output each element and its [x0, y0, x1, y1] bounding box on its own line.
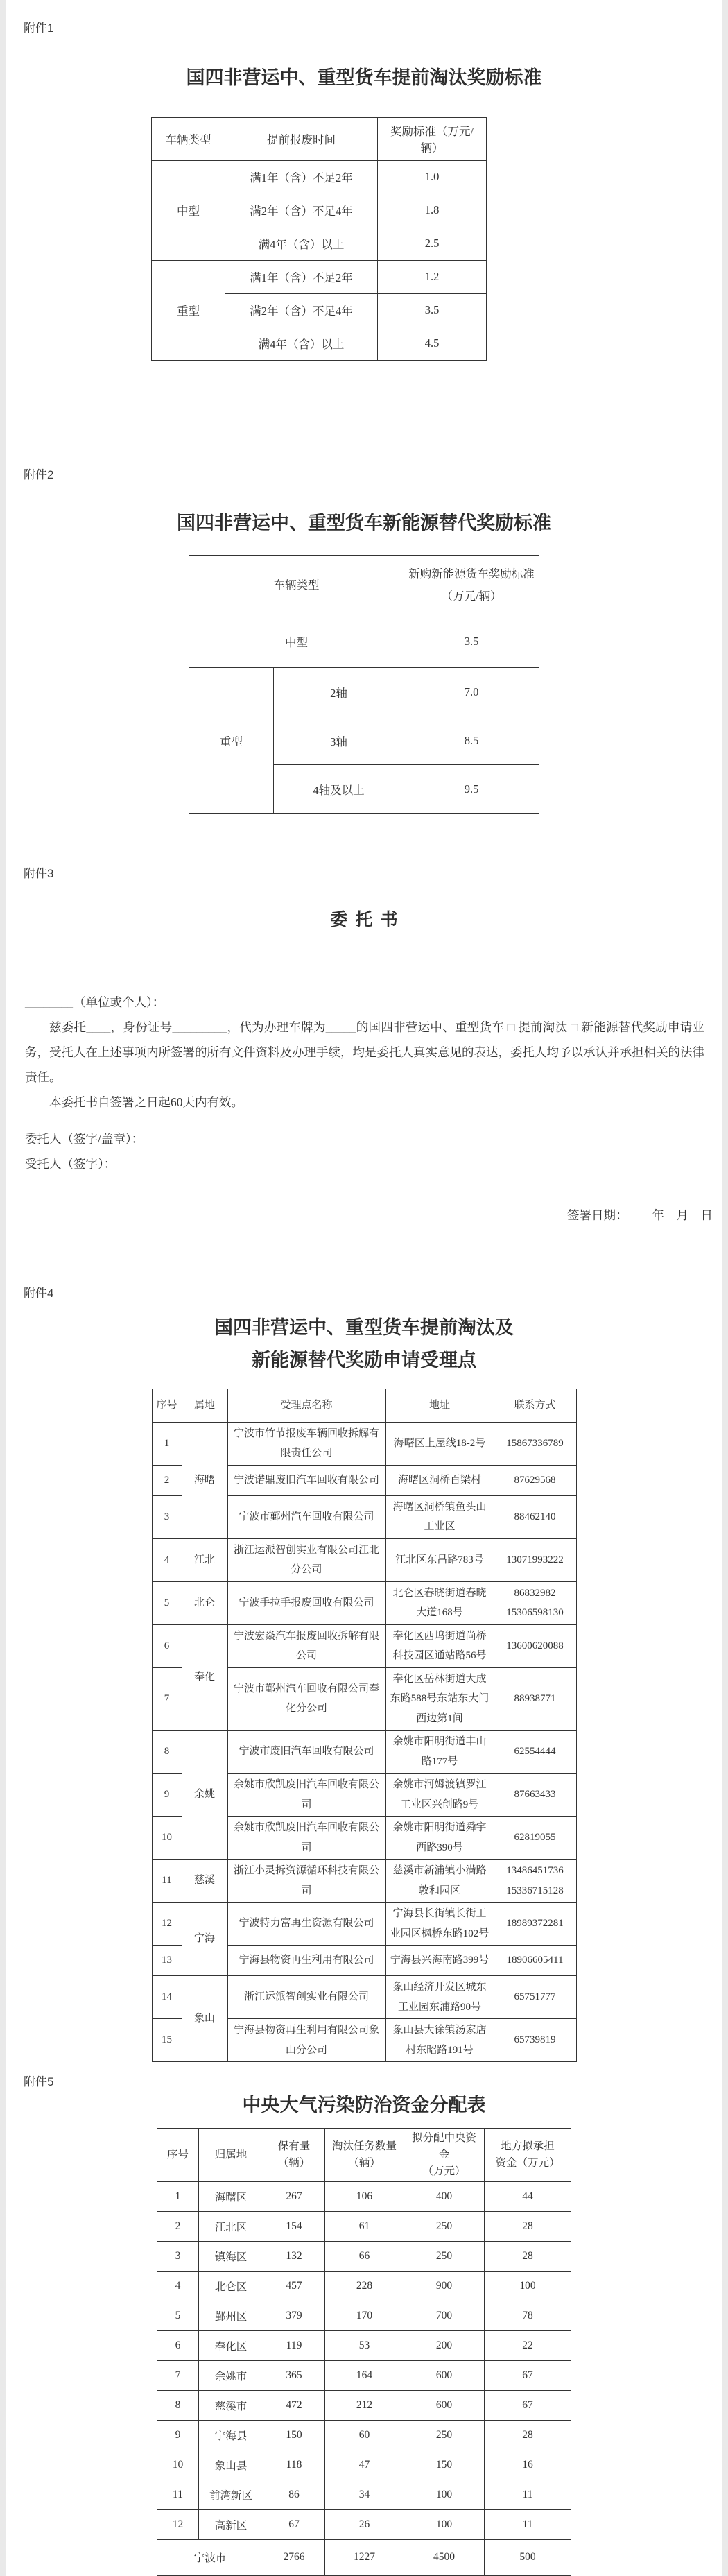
- name-cell: 浙江小灵拆资源循环科技有限公 司: [227, 1860, 385, 1903]
- addressee-line: ________（单位或个人）：: [25, 990, 704, 1015]
- table-row: 7 余姚市 365 164 600 67: [157, 2360, 571, 2390]
- vehicle-type-cell: 重型: [189, 668, 274, 814]
- local-fund-cell: 22: [485, 2330, 571, 2360]
- phone-cell: 18906605411: [494, 1946, 576, 1976]
- local-fund-cell: 67: [485, 2390, 571, 2420]
- local-fund-cell: 28: [485, 2420, 571, 2450]
- name-cell: 宁波手拉手报废回收有限公司: [227, 1581, 385, 1624]
- address-cell: 江北区东昌路783号: [385, 1538, 494, 1581]
- phone-cell: 65751777: [494, 1976, 576, 2019]
- seq-cell: 7: [152, 1667, 182, 1731]
- central-fund-cell: 900: [404, 2271, 485, 2301]
- fleet-cell: 267: [263, 2181, 325, 2211]
- table-row: 14 象山 浙江运派智创实业有限公司 象山经济开发区城东 工业园东浦路90号 6…: [152, 1976, 576, 2019]
- table-row: 8 慈溪市 472 212 600 67: [157, 2390, 571, 2420]
- fleet-cell: 457: [263, 2271, 325, 2301]
- vehicle-type-cell: 中型: [152, 160, 225, 260]
- quota-cell: 170: [325, 2301, 404, 2330]
- address-cell: 象山经济开发区城东 工业园东浦路90号: [385, 1976, 494, 2019]
- attachment-4-title-line1: 国四非营运中、重型货车提前淘汰及: [6, 1312, 722, 1344]
- seq-cell: 10: [152, 1817, 182, 1860]
- reward-cell: 8.5: [404, 716, 539, 765]
- address-cell: 北仑区春晓街道春晓 大道168号: [385, 1581, 494, 1624]
- name-cell: 宁海县物资再生利用有限公司象 山分公司: [227, 2019, 385, 2062]
- region-cell: 海曙: [182, 1422, 227, 1538]
- address-cell: 象山县大徐镇汤家店 村东昭路191号: [385, 2019, 494, 2062]
- address-cell: 宁海县长街镇长街工 业园区枫桥东路102号: [385, 1903, 494, 1946]
- local-fund-cell: 100: [485, 2271, 571, 2301]
- index-cell: 1: [157, 2181, 199, 2211]
- region-cell: 余姚: [182, 1731, 227, 1860]
- name-cell: 余姚市欣凯废旧汽车回收有限公 司: [227, 1817, 385, 1860]
- index-cell: 3: [157, 2241, 199, 2271]
- phone-cell: 62819055: [494, 1817, 576, 1860]
- attachment-4-title: 国四非营运中、重型货车提前淘汰及 新能源替代奖励申请受理点: [6, 1312, 722, 1377]
- scrap-time-cell: 满2年（含）不足4年: [225, 293, 378, 327]
- document-page: 附件1 国四非营运中、重型货车提前淘汰奖励标准 车辆类型 提前报废时间 奖励标准…: [6, 0, 722, 2576]
- reward-cell: 3.5: [378, 293, 487, 327]
- address-cell: 余姚市阳明街道丰山 路177号: [385, 1731, 494, 1774]
- reward-cell: 3.5: [404, 615, 539, 668]
- new-energy-reward-table: 车辆类型 新购新能源货车奖励标准 （万元/辆） 中型 3.5 重型 2轴 7.0…: [189, 555, 539, 814]
- quota-cell: 228: [325, 2271, 404, 2301]
- quota-cell: 26: [325, 2509, 404, 2539]
- table-row: 10 象山县 118 47 150 16: [157, 2450, 571, 2480]
- col-header-fleet-size: 保有量 （辆）: [263, 2128, 325, 2181]
- attachment-3-label: 附件3: [24, 864, 722, 881]
- seq-cell: 6: [152, 1624, 182, 1667]
- table-row: 5 北仑 宁波手拉手报废回收有限公司 北仑区春晓街道春晓 大道168号 8683…: [152, 1581, 576, 1624]
- axle-cell: 4轴及以上: [274, 765, 404, 814]
- table-row: 3 镇海区 132 66 250 28: [157, 2241, 571, 2271]
- central-fund-cell: 4500: [404, 2539, 485, 2575]
- region-cell: 象山: [182, 1976, 227, 2062]
- table-row: 11 前湾新区 86 34 100 11: [157, 2480, 571, 2509]
- seq-cell: 3: [152, 1495, 182, 1538]
- name-cell: 余姚市欣凯废旧汽车回收有限公 司: [227, 1774, 385, 1817]
- reward-cell: 2.5: [378, 227, 487, 260]
- phone-cell: 65739819: [494, 2019, 576, 2062]
- scrap-time-cell: 满2年（含）不足4年: [225, 194, 378, 227]
- central-fund-cell: 150: [404, 2450, 485, 2480]
- col-header-local-fund: 地方拟承担 资金（万元）: [485, 2128, 571, 2181]
- central-fund-cell: 250: [404, 2211, 485, 2241]
- col-header-vehicle-type: 车辆类型: [189, 556, 404, 615]
- index-cell: 8: [157, 2390, 199, 2420]
- client-sign-label: 委托人（签字/盖章）：: [25, 1126, 704, 1152]
- fleet-cell: 118: [263, 2450, 325, 2480]
- quota-cell: 47: [325, 2450, 404, 2480]
- district-cell: 象山县: [199, 2450, 263, 2480]
- table-header-row: 车辆类型 新购新能源货车奖励标准 （万元/辆）: [189, 556, 539, 615]
- quota-cell: 66: [325, 2241, 404, 2271]
- funds-allocation-table: 序号 归属地 保有量 （辆） 淘汰任务数量 （辆） 拟分配中央资金 （万元） 地…: [157, 2128, 571, 2576]
- table-header-row: 序号 属地 受理点名称 地址 联系方式: [152, 1389, 576, 1422]
- district-cell: 慈溪市: [199, 2390, 263, 2420]
- address-cell: 海曙区洞桥镇鱼头山 工业区: [385, 1495, 494, 1538]
- local-fund-cell: 67: [485, 2360, 571, 2390]
- table-row: 12 宁海 宁波特力富再生资源有限公司 宁海县长街镇长街工 业园区枫桥东路102…: [152, 1903, 576, 1946]
- address-cell: 奉化区岳林街道大成 东路588号东站东大门 西边第1间: [385, 1667, 494, 1731]
- vehicle-type-cell: 中型: [189, 615, 404, 668]
- seq-cell: 13: [152, 1946, 182, 1976]
- quota-cell: 164: [325, 2360, 404, 2390]
- local-fund-cell: 11: [485, 2509, 571, 2539]
- attachment-2-label: 附件2: [24, 465, 722, 482]
- index-cell: 2: [157, 2211, 199, 2241]
- name-cell: 宁波市鄞州汽车回收有限公司奉 化分公司: [227, 1667, 385, 1731]
- seq-cell: 2: [152, 1465, 182, 1495]
- attachment-1-section: 附件1 国四非营运中、重型货车提前淘汰奖励标准 车辆类型 提前报废时间 奖励标准…: [6, 18, 722, 361]
- local-fund-cell: 28: [485, 2241, 571, 2271]
- central-fund-cell: 400: [404, 2181, 485, 2211]
- attachment-4-label: 附件4: [24, 1283, 722, 1300]
- table-total-row: 宁波市 2766 1227 4500 500: [157, 2539, 571, 2575]
- table-header-row: 车辆类型 提前报废时间 奖励标准（万元/辆）: [152, 117, 487, 160]
- district-cell: 海曙区: [199, 2181, 263, 2211]
- attachment-5-title: 中央大气污染防治资金分配表: [6, 2093, 722, 2118]
- name-cell: 宁海县物资再生利用有限公司: [227, 1946, 385, 1976]
- address-cell: 余姚市河姆渡镇罗江 工业区兴创路9号: [385, 1774, 494, 1817]
- table-row: 12 高新区 67 26 100 11: [157, 2509, 571, 2539]
- signature-block: 委托人（签字/盖章）： 受托人（签字）：: [25, 1126, 704, 1178]
- district-cell: 镇海区: [199, 2241, 263, 2271]
- address-cell: 慈溪市新浦镇小满路 敦和园区: [385, 1860, 494, 1903]
- phone-cell: 13071993222: [494, 1538, 576, 1581]
- central-fund-cell: 100: [404, 2509, 485, 2539]
- phone-cell: 62554444: [494, 1731, 576, 1774]
- phone-cell: 88938771: [494, 1667, 576, 1731]
- reward-cell: 1.0: [378, 160, 487, 194]
- local-fund-cell: 78: [485, 2301, 571, 2330]
- index-cell: 11: [157, 2480, 199, 2509]
- col-header-region: 属地: [182, 1389, 227, 1422]
- district-cell: 宁海县: [199, 2420, 263, 2450]
- district-cell: 前湾新区: [199, 2480, 263, 2509]
- sign-date-line: 签署日期： 年 月 日: [6, 1206, 713, 1223]
- seq-cell: 5: [152, 1581, 182, 1624]
- quota-cell: 1227: [325, 2539, 404, 2575]
- reward-cell: 9.5: [404, 765, 539, 814]
- col-header-central-fund: 拟分配中央资金 （万元）: [404, 2128, 485, 2181]
- entrust-paragraph: 兹委托____，身份证号_________，代为办理车牌为_____的国四非营运…: [25, 1015, 704, 1090]
- seq-cell: 12: [152, 1903, 182, 1946]
- table-row: 重型 2轴 7.0: [189, 668, 539, 716]
- table-row: 8 余姚 宁波市废旧汽车回收有限公司 余姚市阳明街道丰山 路177号 62554…: [152, 1731, 576, 1774]
- phone-cell: 15867336789: [494, 1422, 576, 1465]
- seq-cell: 11: [152, 1860, 182, 1903]
- fleet-cell: 379: [263, 2301, 325, 2330]
- central-fund-cell: 700: [404, 2301, 485, 2330]
- central-fund-cell: 250: [404, 2420, 485, 2450]
- table-row: 6 奉化区 119 53 200 22: [157, 2330, 571, 2360]
- reward-cell: 7.0: [404, 668, 539, 716]
- fleet-cell: 2766: [263, 2539, 325, 2575]
- name-cell: 宁波宏焱汽车报废回收拆解有限 公司: [227, 1624, 385, 1667]
- region-cell: 北仑: [182, 1581, 227, 1624]
- attachment-2-title: 国四非营运中、重型货车新能源替代奖励标准: [6, 511, 722, 536]
- phone-cell: 88462140: [494, 1495, 576, 1538]
- name-cell: 宁波市废旧汽车回收有限公司: [227, 1731, 385, 1774]
- col-header-district: 归属地: [199, 2128, 263, 2181]
- quota-cell: 106: [325, 2181, 404, 2211]
- phone-cell: 87663433: [494, 1774, 576, 1817]
- table-row: 4 江北 浙江运派智创实业有限公司江北 分公司 江北区东昌路783号 13071…: [152, 1538, 576, 1581]
- index-cell: 9: [157, 2420, 199, 2450]
- agent-sign-label: 受托人（签字）：: [25, 1151, 704, 1177]
- central-fund-cell: 100: [404, 2480, 485, 2509]
- region-cell: 宁海: [182, 1903, 227, 1976]
- address-cell: 余姚市阳明街道舜宇 西路390号: [385, 1817, 494, 1860]
- table-row: 1 海曙 宁波市竹节报废车辆回收拆解有限责任公司 海曙区上屋线18-2号 158…: [152, 1422, 576, 1465]
- index-cell: 10: [157, 2450, 199, 2480]
- col-header-new-energy-reward: 新购新能源货车奖励标准 （万元/辆）: [404, 556, 539, 615]
- district-cell: 奉化区: [199, 2330, 263, 2360]
- central-fund-cell: 600: [404, 2360, 485, 2390]
- phone-cell: 87629568: [494, 1465, 576, 1495]
- table-row: 11 慈溪 浙江小灵拆资源循环科技有限公 司 慈溪市新浦镇小满路 敦和园区 13…: [152, 1860, 576, 1903]
- seq-cell: 15: [152, 2019, 182, 2062]
- index-cell: 12: [157, 2509, 199, 2539]
- power-of-attorney-title: 委托书: [6, 906, 722, 931]
- fleet-cell: 472: [263, 2390, 325, 2420]
- col-header-no: 序号: [152, 1389, 182, 1422]
- fleet-cell: 132: [263, 2241, 325, 2271]
- region-cell: 江北: [182, 1538, 227, 1581]
- local-fund-cell: 28: [485, 2211, 571, 2241]
- fleet-cell: 86: [263, 2480, 325, 2509]
- name-cell: 宁波市竹节报废车辆回收拆解有限责任公司: [227, 1422, 385, 1465]
- local-fund-cell: 44: [485, 2181, 571, 2211]
- reward-cell: 4.5: [378, 327, 487, 360]
- local-fund-cell: 16: [485, 2450, 571, 2480]
- district-cell: 余姚市: [199, 2360, 263, 2390]
- quota-cell: 212: [325, 2390, 404, 2420]
- retirement-reward-table: 车辆类型 提前报废时间 奖励标准（万元/辆） 中型 满1年（含）不足2年 1.0…: [151, 117, 487, 361]
- address-cell: 奉化区西坞街道尚桥 科技园区通站路56号: [385, 1624, 494, 1667]
- col-header-contact: 联系方式: [494, 1389, 576, 1422]
- table-row: 4 北仑区 457 228 900 100: [157, 2271, 571, 2301]
- table-row: 1 海曙区 267 106 400 44: [157, 2181, 571, 2211]
- phone-cell: 13600620088: [494, 1624, 576, 1667]
- central-fund-cell: 250: [404, 2241, 485, 2271]
- table-row: 中型 3.5: [189, 615, 539, 668]
- attachment-4-title-line2: 新能源替代奖励申请受理点: [6, 1344, 722, 1377]
- col-header-point-name: 受理点名称: [227, 1389, 385, 1422]
- seq-cell: 1: [152, 1422, 182, 1465]
- vehicle-type-cell: 重型: [152, 260, 225, 360]
- local-fund-cell: 500: [485, 2539, 571, 2575]
- seq-cell: 8: [152, 1731, 182, 1774]
- index-cell: 7: [157, 2360, 199, 2390]
- local-fund-cell: 11: [485, 2480, 571, 2509]
- seq-cell: 9: [152, 1774, 182, 1817]
- quota-cell: 60: [325, 2420, 404, 2450]
- col-header-no: 序号: [157, 2128, 199, 2181]
- table-header-row: 序号 归属地 保有量 （辆） 淘汰任务数量 （辆） 拟分配中央资金 （万元） 地…: [157, 2128, 571, 2181]
- index-cell: 6: [157, 2330, 199, 2360]
- scrap-time-cell: 满1年（含）不足2年: [225, 260, 378, 293]
- phone-cell: 86832982 15306598130: [494, 1581, 576, 1624]
- fleet-cell: 365: [263, 2360, 325, 2390]
- attachment-5-section: 附件5 中央大气污染防治资金分配表 序号 归属地 保有量 （辆） 淘汰任务数量 …: [6, 2072, 722, 2576]
- quota-cell: 34: [325, 2480, 404, 2509]
- district-cell: 北仑区: [199, 2271, 263, 2301]
- phone-cell: 18989372281: [494, 1903, 576, 1946]
- district-cell: 鄞州区: [199, 2301, 263, 2330]
- name-cell: 宁波诺鼎废旧汽车回收有限公司: [227, 1465, 385, 1495]
- col-header-address: 地址: [385, 1389, 494, 1422]
- fleet-cell: 67: [263, 2509, 325, 2539]
- reward-cell: 1.2: [378, 260, 487, 293]
- table-row: 2 江北区 154 61 250 28: [157, 2211, 571, 2241]
- table-row: 中型 满1年（含）不足2年 1.0: [152, 160, 487, 194]
- attachment-1-label: 附件1: [24, 18, 722, 35]
- table-row: 6 奉化 宁波宏焱汽车报废回收拆解有限 公司 奉化区西坞街道尚桥 科技园区通站路…: [152, 1624, 576, 1667]
- district-cell: 江北区: [199, 2211, 263, 2241]
- region-cell: 奉化: [182, 1624, 227, 1731]
- name-cell: 浙江运派智创实业有限公司江北 分公司: [227, 1538, 385, 1581]
- seq-cell: 14: [152, 1976, 182, 2019]
- address-cell: 宁海县兴海南路399号: [385, 1946, 494, 1976]
- phone-cell: 13486451736 15336715128: [494, 1860, 576, 1903]
- scrap-time-cell: 满4年（含）以上: [225, 227, 378, 260]
- address-cell: 海曙区洞桥百梁村: [385, 1465, 494, 1495]
- axle-cell: 3轴: [274, 716, 404, 765]
- total-label-cell: 宁波市: [157, 2539, 263, 2575]
- index-cell: 4: [157, 2271, 199, 2301]
- scrap-time-cell: 满4年（含）以上: [225, 327, 378, 360]
- address-cell: 海曙区上屋线18-2号: [385, 1422, 494, 1465]
- axle-cell: 2轴: [274, 668, 404, 716]
- fleet-cell: 154: [263, 2211, 325, 2241]
- col-header-scrap-time: 提前报废时间: [225, 117, 378, 160]
- attachment-3-section: 附件3 委托书 ________（单位或个人）： 兹委托____，身份证号___…: [6, 864, 722, 1223]
- col-header-vehicle-type: 车辆类型: [152, 117, 225, 160]
- reward-cell: 1.8: [378, 194, 487, 227]
- district-cell: 高新区: [199, 2509, 263, 2539]
- central-fund-cell: 200: [404, 2330, 485, 2360]
- central-fund-cell: 600: [404, 2390, 485, 2420]
- table-row: 重型 满1年（含）不足2年 1.2: [152, 260, 487, 293]
- attachment-1-title: 国四非营运中、重型货车提前淘汰奖励标准: [6, 66, 722, 91]
- scrap-time-cell: 满1年（含）不足2年: [225, 160, 378, 194]
- seq-cell: 4: [152, 1538, 182, 1581]
- acceptance-points-table: 序号 属地 受理点名称 地址 联系方式 1 海曙 宁波市竹节报废车辆回收拆解有限…: [152, 1389, 577, 2063]
- attachment-4-section: 附件4 国四非营运中、重型货车提前淘汰及 新能源替代奖励申请受理点 序号 属地 …: [6, 1283, 722, 2062]
- fleet-cell: 150: [263, 2420, 325, 2450]
- index-cell: 5: [157, 2301, 199, 2330]
- attachment-2-section: 附件2 国四非营运中、重型货车新能源替代奖励标准 车辆类型 新购新能源货车奖励标…: [6, 465, 722, 814]
- col-header-elimination-quota: 淘汰任务数量 （辆）: [325, 2128, 404, 2181]
- name-cell: 宁波特力富再生资源有限公司: [227, 1903, 385, 1946]
- quota-cell: 53: [325, 2330, 404, 2360]
- power-of-attorney-body: ________（单位或个人）： 兹委托____，身份证号_________，代…: [25, 990, 704, 1115]
- quota-cell: 61: [325, 2211, 404, 2241]
- col-header-reward-standard: 奖励标准（万元/辆）: [378, 117, 487, 160]
- validity-line: 本委托书自签署之日起60天内有效。: [25, 1090, 704, 1115]
- table-row: 5 鄞州区 379 170 700 78: [157, 2301, 571, 2330]
- region-cell: 慈溪: [182, 1860, 227, 1903]
- name-cell: 宁波市鄞州汽车回收有限公司: [227, 1495, 385, 1538]
- name-cell: 浙江运派智创实业有限公司: [227, 1976, 385, 2019]
- fleet-cell: 119: [263, 2330, 325, 2360]
- attachment-5-label: 附件5: [24, 2072, 722, 2089]
- table-row: 9 宁海县 150 60 250 28: [157, 2420, 571, 2450]
